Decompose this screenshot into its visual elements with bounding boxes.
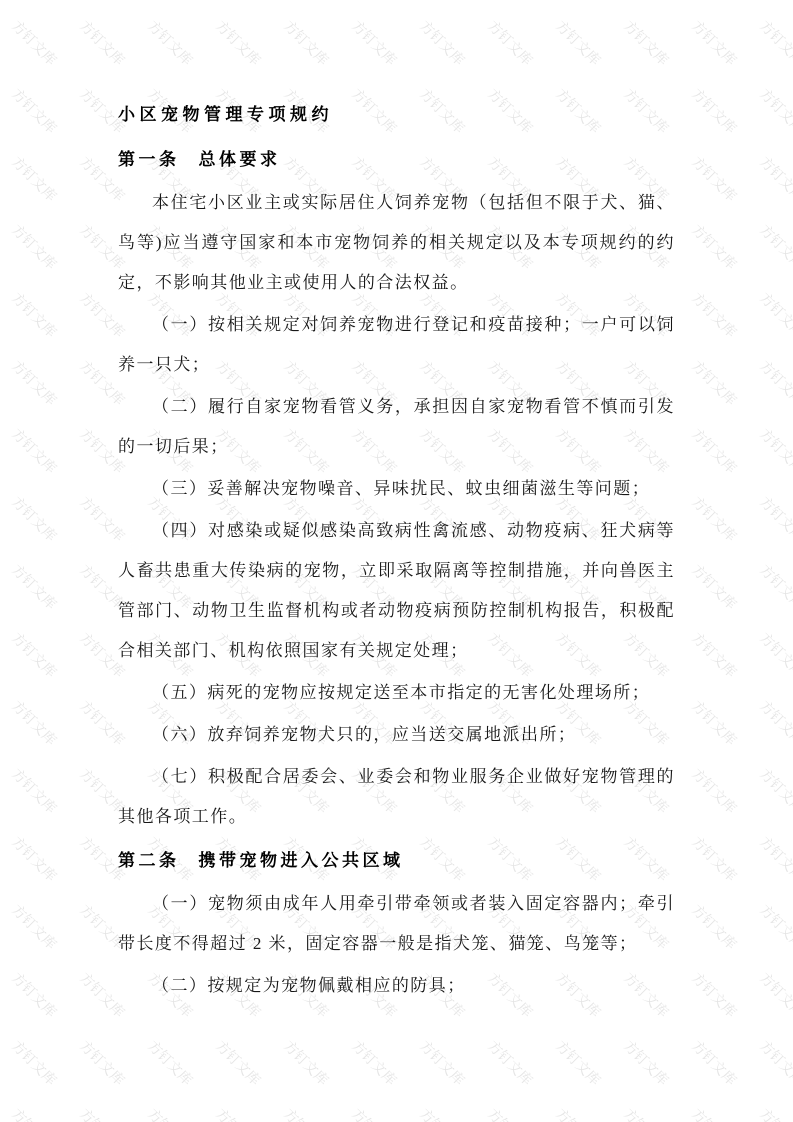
section-2-number: 第二条 — [118, 851, 180, 870]
section-2-body: （一）宠物须由成年人用牵引带牵领或者装入固定容器内；牵引带长度不得超过 2 米，… — [118, 884, 675, 1006]
clause-paragraph: （一）宠物须由成年人用牵引带牵领或者装入固定容器内；牵引带长度不得超过 2 米，… — [118, 884, 675, 964]
clause-paragraph: （五）病死的宠物应按规定送至本市指定的无害化处理场所； — [118, 673, 675, 713]
clause-paragraph: （四）对感染或疑似感染高致病性禽流感、动物疫病、狂犬病等人畜共患重大传染病的宠物… — [118, 511, 675, 671]
clause-paragraph: （二）按规定为宠物佩戴相应的防具； — [118, 966, 675, 1006]
clause-paragraph: （七）积极配合居委会、业委会和物业服务企业做好宠物管理的其他各项工作。 — [118, 757, 675, 837]
document-title: 小区宠物管理专项规约 — [118, 101, 675, 129]
document-page: 方钉文库 小区宠物管理专项规约 第一条总体要求 本住宅小区业主或实际居住人饲养宠… — [0, 0, 793, 1122]
section-1-title: 总体要求 — [199, 150, 281, 169]
section-2-heading: 第二条携带宠物进入公共区域 — [118, 848, 675, 874]
clause-paragraph: （一）按相关规定对饲养宠物进行登记和疫苗接种；一户可以饲养一只犬； — [118, 305, 675, 385]
section-2-title: 携带宠物进入公共区域 — [199, 851, 404, 870]
section-1-number: 第一条 — [118, 150, 180, 169]
section-1-body: 本住宅小区业主或实际居住人饲养宠物（包括但不限于犬、猫、鸟等)应当遵守国家和本市… — [118, 183, 675, 837]
clause-paragraph: 本住宅小区业主或实际居住人饲养宠物（包括但不限于犬、猫、鸟等)应当遵守国家和本市… — [118, 183, 675, 303]
section-1-heading: 第一条总体要求 — [118, 147, 675, 173]
clause-paragraph: （三）妥善解决宠物噪音、异味扰民、蚊虫细菌滋生等问题； — [118, 469, 675, 509]
clause-paragraph: （二）履行自家宠物看管义务，承担因自家宠物看管不慎而引发的一切后果； — [118, 387, 675, 467]
document-content: 小区宠物管理专项规约 第一条总体要求 本住宅小区业主或实际居住人饲养宠物（包括但… — [118, 101, 675, 1008]
clause-paragraph: （六）放弃饲养宠物犬只的，应当送交属地派出所； — [118, 715, 675, 755]
